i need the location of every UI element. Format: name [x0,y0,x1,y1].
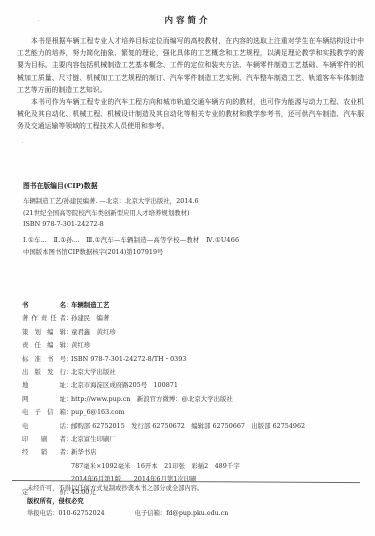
info-website: 网址： http://www.pup.cn 新浪官方微博：@北京大学出版社 [22,393,362,406]
report-contact: 举报电话：010-62752024 电子信箱：fd@pup.pku.edu.cn [27,508,357,521]
info-label: 著作责任者 [22,312,66,325]
copyright-page: 内容简介 本书是根据车辆工程专业人才培养目标定位而编写的高校教材，在内容的选取上… [0,0,375,536]
info-value: 北京大学出版社 [71,366,116,379]
info-value: 邮购部 62752015 发行部 62750672 编辑部 62750667 出… [71,420,305,433]
publication-info: 书名： 车辆制造工艺 著作责任者： 孙建民 编著 策划编辑： 童君鑫 黄红珍 责… [22,299,362,500]
info-label: 标准书号 [22,353,66,366]
info-value: http://www.pup.cn 新浪官方微博：@北京大学出版社 [71,393,233,406]
summary-title: 内容简介 [0,14,375,26]
notice-text: 未经许可，不得以任何方式复制或抄袭本书之部分或全部内容。 [27,483,357,496]
info-format: 787毫米×1092毫米 16开本 21印张 彩插2 489千字 [22,460,362,473]
info-planning-editor: 策划编辑： 童君鑫 黄红珍 [22,326,362,339]
info-label: 经销者 [22,446,66,459]
info-value: 北京市海淀区成府路205号 100871 [71,379,178,392]
cip-series-line: (21世纪全国高等院校汽车类创新型应用人才培养规划教材) [23,208,363,220]
info-value: 新华书店 [71,446,97,459]
info-isbn: 标准书号： ISBN 978-7-301-24272-8/TH・0393 [22,353,362,366]
info-value: pup_6@163.com [71,406,125,419]
summary-paragraph-1: 本书是根据车辆工程专业人才培养目标定位而编写的高校教材，在内容的选取上注重对学生… [17,35,364,96]
info-book-title: 书名： 车辆制造工艺 [22,299,362,312]
info-label: 书名 [22,299,66,312]
info-email: 电子信箱： pup_6@163.com [22,406,362,419]
copyright-notice: 未经许可，不得以任何方式复制或抄袭本书之部分或全部内容。 版权所有，侵权必究 举… [27,483,357,521]
report-phone: 举报电话：010-62752024 [27,510,105,517]
cip-record: 中国版本图书馆CIP数据核字(2014)第107919号 [23,247,363,259]
cip-title-line: 车辆制造工艺/孙建民编著. —北京：北京大学出版社，2014.6 [23,196,363,208]
cip-isbn-line: ISBN 978-7-301-24272-8 [23,219,363,231]
report-email: 电子信箱：fd@pup.pku.edu.cn [135,510,229,517]
info-value: 童君鑫 黄红珍 [71,326,116,339]
cip-subjects: Ⅰ.①车… Ⅱ.①孙… Ⅲ.①汽车—车辆制造—高等学校—教材 Ⅳ.①U466 [23,235,363,247]
cip-heading: 图书在版编目(CIP)数据 [23,180,98,190]
info-value: ISBN 978-7-301-24272-8/TH・0393 [71,353,186,366]
info-label: 责任编辑 [22,339,66,352]
info-phone: 电话： 邮购部 62752015 发行部 62750672 编辑部 627506… [22,420,362,433]
info-distributor: 经销者： 新华书店 [22,446,362,459]
info-value: 787毫米×1092毫米 16开本 21印张 彩插2 489千字 [71,460,240,473]
info-label: 地址 [22,379,66,392]
info-label: 出版发行 [22,366,66,379]
info-author: 著作责任者： 孙建民 编著 [22,312,362,325]
info-value: 车辆制造工艺 [71,299,109,312]
info-label: 电话 [22,420,66,433]
summary-text: 本书是根据车辆工程专业人才培养目标定位而编写的高校教材，在内容的选取上注重对学生… [17,35,364,133]
summary-paragraph-2: 本书可作为车辆工程专业的汽车工程方向和城市轨道交通车辆方向的教材，也可作为能源与… [17,96,364,133]
info-label: 印刷者 [22,433,66,446]
info-address: 地址： 北京市海淀区成府路205号 100871 [22,379,362,392]
info-value: 北京富生印刷厂 [71,433,116,446]
rights-text: 版权所有，侵权必究 [27,496,357,509]
scan-speck [22,142,23,143]
info-value: 黄红珍 [71,339,90,352]
info-responsible-editor: 责任编辑： 黄红珍 [22,339,362,352]
cip-block: 车辆制造工艺/孙建民编著. —北京：北京大学出版社，2014.6 (21世纪全国… [23,196,363,258]
info-label: 策划编辑 [22,326,66,339]
info-label: 网址 [22,393,66,406]
info-printer: 印刷者： 北京富生印刷厂 [22,433,362,446]
info-publisher: 出版发行： 北京大学出版社 [22,366,362,379]
info-value: 孙建民 编著 [71,312,109,325]
info-label: 电子信箱 [22,406,66,419]
